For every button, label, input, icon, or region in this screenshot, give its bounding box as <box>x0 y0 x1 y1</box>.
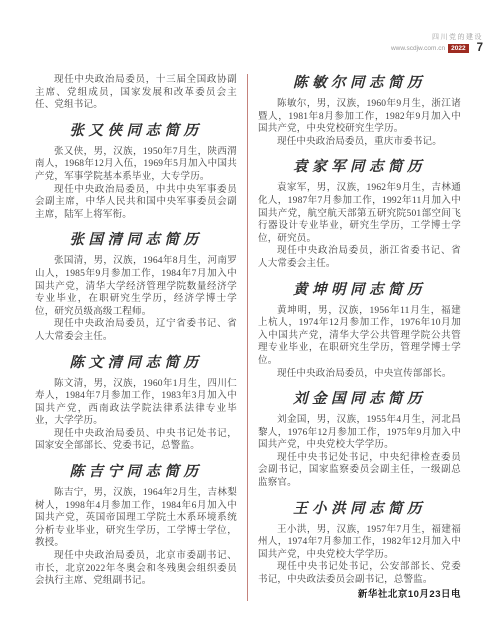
section-title-chen-jining: 陈吉宁同志简历 <box>35 464 237 480</box>
section-title-zhang-guoqing: 张国清同志简历 <box>35 232 237 248</box>
column-divider <box>247 74 248 601</box>
bio-paragraph: 刘金国，男，汉族，1955年4月生，河北昌黎人，1976年12月参加工作，197… <box>258 414 461 452</box>
page-header: 四川党的建设 www.scdjw.com.cn 2022 7 <box>391 33 483 54</box>
bio-paragraph: 陈敏尔，男，汉族，1960年9月生，浙江诸暨人，1981年8月参加工作，1982… <box>258 98 461 136</box>
section-title-chen-miner: 陈敏尔同志简历 <box>258 75 461 91</box>
continued-bio-paragraph: 现任中央政治局委员，十三届全国政协副主席、党组成员，国家发展和改革委员会主任、党… <box>35 74 237 112</box>
bio-paragraph: 陈文清，男，汉族，1960年1月生，四川仁寿人，1984年7月参加工作，1983… <box>35 378 237 428</box>
section-title-chen-wenqing: 陈文清同志简历 <box>35 355 237 371</box>
bio-paragraph: 张又侠，男，汉族，1950年7月生，陕西渭南人，1968年12月入伍，1969年… <box>35 146 237 184</box>
bio-paragraph: 袁家军，男，汉族，1962年9月生，吉林通化人，1987年7月参加工作，1992… <box>258 182 461 245</box>
left-column: 现任中央政治局委员，十三届全国政协副主席、党组成员，国家发展和改革委员会主任、党… <box>35 74 237 601</box>
magazine-page: 四川党的建设 www.scdjw.com.cn 2022 7 现任中央政治局委员… <box>0 0 496 640</box>
section-title-wang-xiaohong: 王小洪同志简历 <box>258 501 461 517</box>
current-post-paragraph: 现任中央政治局委员，中共中央军事委员会副主席，中华人民共和国中央军事委员会副主席… <box>35 184 237 222</box>
magazine-website: www.scdjw.com.cn <box>391 45 445 52</box>
current-post-paragraph: 现任中央政治局委员，辽宁省委书记、省人大常委会主任。 <box>35 318 237 343</box>
current-post-paragraph: 现任中央政治局委员，浙江省委书记、省人大常委会主任。 <box>258 245 461 270</box>
two-column-layout: 现任中央政治局委员，十三届全国政协副主席、党组成员，国家发展和改革委员会主任、党… <box>35 74 461 601</box>
current-post-paragraph: 现任中央政治局委员、中央书记处书记，国家安全部部长、党委书记，总警监。 <box>35 428 237 453</box>
section-title-huang-kunming: 黄坤明同志简历 <box>258 282 461 298</box>
current-post-paragraph: 现任中央政治局委员，北京市委副书记、市长，北京2022年冬奥会和冬残奥会组织委员… <box>35 550 237 588</box>
current-post-paragraph: 现任中央政治局委员，中央宣传部部长。 <box>258 368 461 381</box>
page-number: 7 <box>477 43 483 54</box>
current-post-paragraph: 现任中央政治局委员，重庆市委书记。 <box>258 136 461 149</box>
bio-paragraph: 张国清，男，汉族，1964年8月生，河南罗山人，1985年9月参加工作，1984… <box>35 255 237 318</box>
section-title-liu-jinguo: 刘金国同志简历 <box>258 391 461 407</box>
magazine-title: 四川党的建设 <box>391 33 483 41</box>
right-column: 陈敏尔同志简历 陈敏尔，男，汉族，1960年9月生，浙江诸暨人，1981年8月参… <box>258 74 461 601</box>
issue-badge: 2022 <box>448 44 468 53</box>
bio-paragraph: 陈吉宁，男，汉族，1964年2月生，吉林梨树人，1998年4月参加工作，1984… <box>35 487 237 550</box>
bio-paragraph: 黄坤明，男，汉族，1956年11月生，福建上杭人，1974年12月参加工作，19… <box>258 305 461 368</box>
bio-paragraph: 王小洪，男，汉族，1957年7月生，福建福州人，1974年7月参加工作，1982… <box>258 524 461 562</box>
current-post-paragraph: 现任中央书记处书记，公安部部长、党委书记，中央政法委员会副书记，总警监。 <box>258 561 461 586</box>
masthead-info-row: www.scdjw.com.cn 2022 7 <box>391 43 483 54</box>
current-post-paragraph: 现任中央书记处书记，中央纪律检查委员会副书记，国家监察委员会副主任，一级副总监察… <box>258 452 461 490</box>
section-title-zhang-youxia: 张又侠同志简历 <box>35 123 237 139</box>
section-title-yuan-jiajun: 袁家军同志简历 <box>258 159 461 175</box>
xinhua-dateline: 新华社北京10月23日电 <box>258 589 461 602</box>
